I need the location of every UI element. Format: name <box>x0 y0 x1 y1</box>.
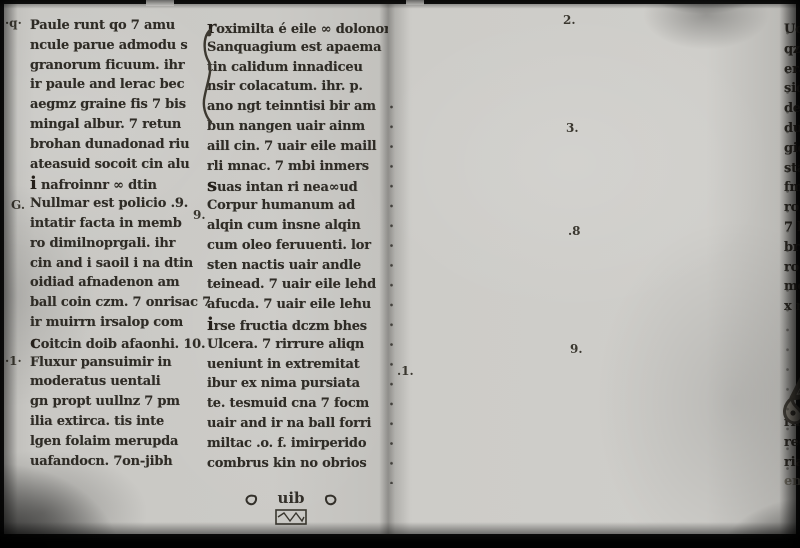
text-line: Sanquagium est apaema <box>207 38 391 58</box>
text-line: ir paule and lerac bec <box>30 75 210 95</box>
text-line: uafandocn. 7on-jibh <box>30 452 210 472</box>
margin-mark: G. <box>11 198 25 212</box>
text-line: ro dimilnoprgali. ihr <box>30 234 210 254</box>
text-line: sten nactis uair andle <box>207 256 391 276</box>
text-line: gn propt uullnz 7 pm <box>30 392 210 412</box>
left-col1-lines: Paule runt qo 7 amuncule parue admodu sg… <box>30 16 210 471</box>
text-line: ateasuid socoit cin alu <box>30 155 210 175</box>
margin-mark: 9. <box>193 208 206 222</box>
text-line: cin and i saoil i na dtin <box>30 254 210 274</box>
paper-edge-highlight <box>146 0 174 6</box>
text-line: ene cnib sanluta santis s <box>784 472 800 492</box>
margin-mark: 2. <box>563 13 576 27</box>
text-line: granorum ficuum. ihr <box>30 56 210 76</box>
text-line: rli mnac. 7 mbi inmers <box>207 157 391 177</box>
text-line: te. tesmuid cna 7 focm <box>207 394 391 414</box>
paper-edge-highlight <box>406 0 424 5</box>
text-line: irse fructia dczm bhes <box>207 315 391 335</box>
text-line: tin calidum innadiceu <box>207 58 391 78</box>
text-line: ilia extirca. tis inte <box>30 412 210 432</box>
text-line: i nafroinnr ∞ dtin <box>30 174 210 194</box>
text-line: miltac .o. f. imirperido <box>207 434 391 454</box>
left-col2-lines: roximilta é eile ∞ dolonorSanquagium est… <box>207 18 391 473</box>
margin-mark: .8 <box>568 224 581 238</box>
catchword-ornament: uib <box>236 486 346 532</box>
text-line: alqin cum insne alqin <box>207 216 391 236</box>
text-line: combrus kin no obrios <box>207 454 391 474</box>
pricking-dots <box>390 104 393 484</box>
text-line: moderatus uentali <box>30 372 210 392</box>
margin-mark: .1. <box>397 364 414 378</box>
text-line: oidiad afnadenon am <box>30 273 210 293</box>
text-line: brohan dunadonad riu <box>30 135 210 155</box>
text-line: coitcin doib afaonhi. 10. <box>30 333 210 353</box>
text-line: Corpur humanum ad <box>207 196 391 216</box>
text-line: Ulcera. 7 rirrure aliqn <box>207 335 391 355</box>
text-line: lgen folaim merupda <box>30 432 210 452</box>
text-line: nsir colacatum. ihr. p. <box>207 77 391 97</box>
text-line: suas intan ri nea∞ud <box>207 176 391 196</box>
text-line: ir muirrn irsalop com <box>30 313 210 333</box>
text-line: ano ngt teinntisi bir am <box>207 97 391 117</box>
text-line: ueniunt in extremitat <box>207 355 391 375</box>
text-line: mingal albur. 7 retun <box>30 115 210 135</box>
text-line: Paule runt qo 7 amu <box>30 16 210 36</box>
manuscript-photo: Paule runt qo 7 amuncule parue admodu sg… <box>0 0 800 548</box>
text-line: aegmz graine fis 7 bis <box>30 95 210 115</box>
left-page: Paule runt qo 7 amuncule parue admodu sg… <box>4 4 388 534</box>
pricking-dots <box>786 30 789 470</box>
margin-mark: ·1· <box>5 354 22 368</box>
text-line: Fluxur pansuimir in <box>30 353 210 373</box>
flourish-initial-icon <box>200 28 214 124</box>
text-line: teinead. 7 uair eile lehd <box>207 275 391 295</box>
margin-mark: ·q· <box>5 16 22 30</box>
margin-mark: 9. <box>570 342 583 356</box>
zoomorphic-initial-a-icon <box>778 320 800 434</box>
text-line: cum oleo feruuenti. lor <box>207 236 391 256</box>
text-line: ball coin czm. 7 onrisac 7 <box>30 293 210 313</box>
text-line: ncule parue admodu s <box>30 36 210 56</box>
catchword-text: uib <box>277 489 304 507</box>
text-line: bun nangen uair ainm <box>207 117 391 137</box>
text-line: afucda. 7 uair eile lehu <box>207 295 391 315</box>
text-line: aill cin. 7 uair eile maill <box>207 137 391 157</box>
text-line: roximilta é eile ∞ dolonor <box>207 18 391 38</box>
text-line: ibur ex nima pursiata <box>207 374 391 394</box>
margin-mark: 3. <box>566 121 579 135</box>
text-line: Nullmar est policio .9. <box>30 194 210 214</box>
text-line: uair and ir na ball forri <box>207 414 391 434</box>
text-line: intatir facta in memb <box>30 214 210 234</box>
right-page: Ucelleseirum quoquicumqz factiuair est l… <box>388 4 796 534</box>
